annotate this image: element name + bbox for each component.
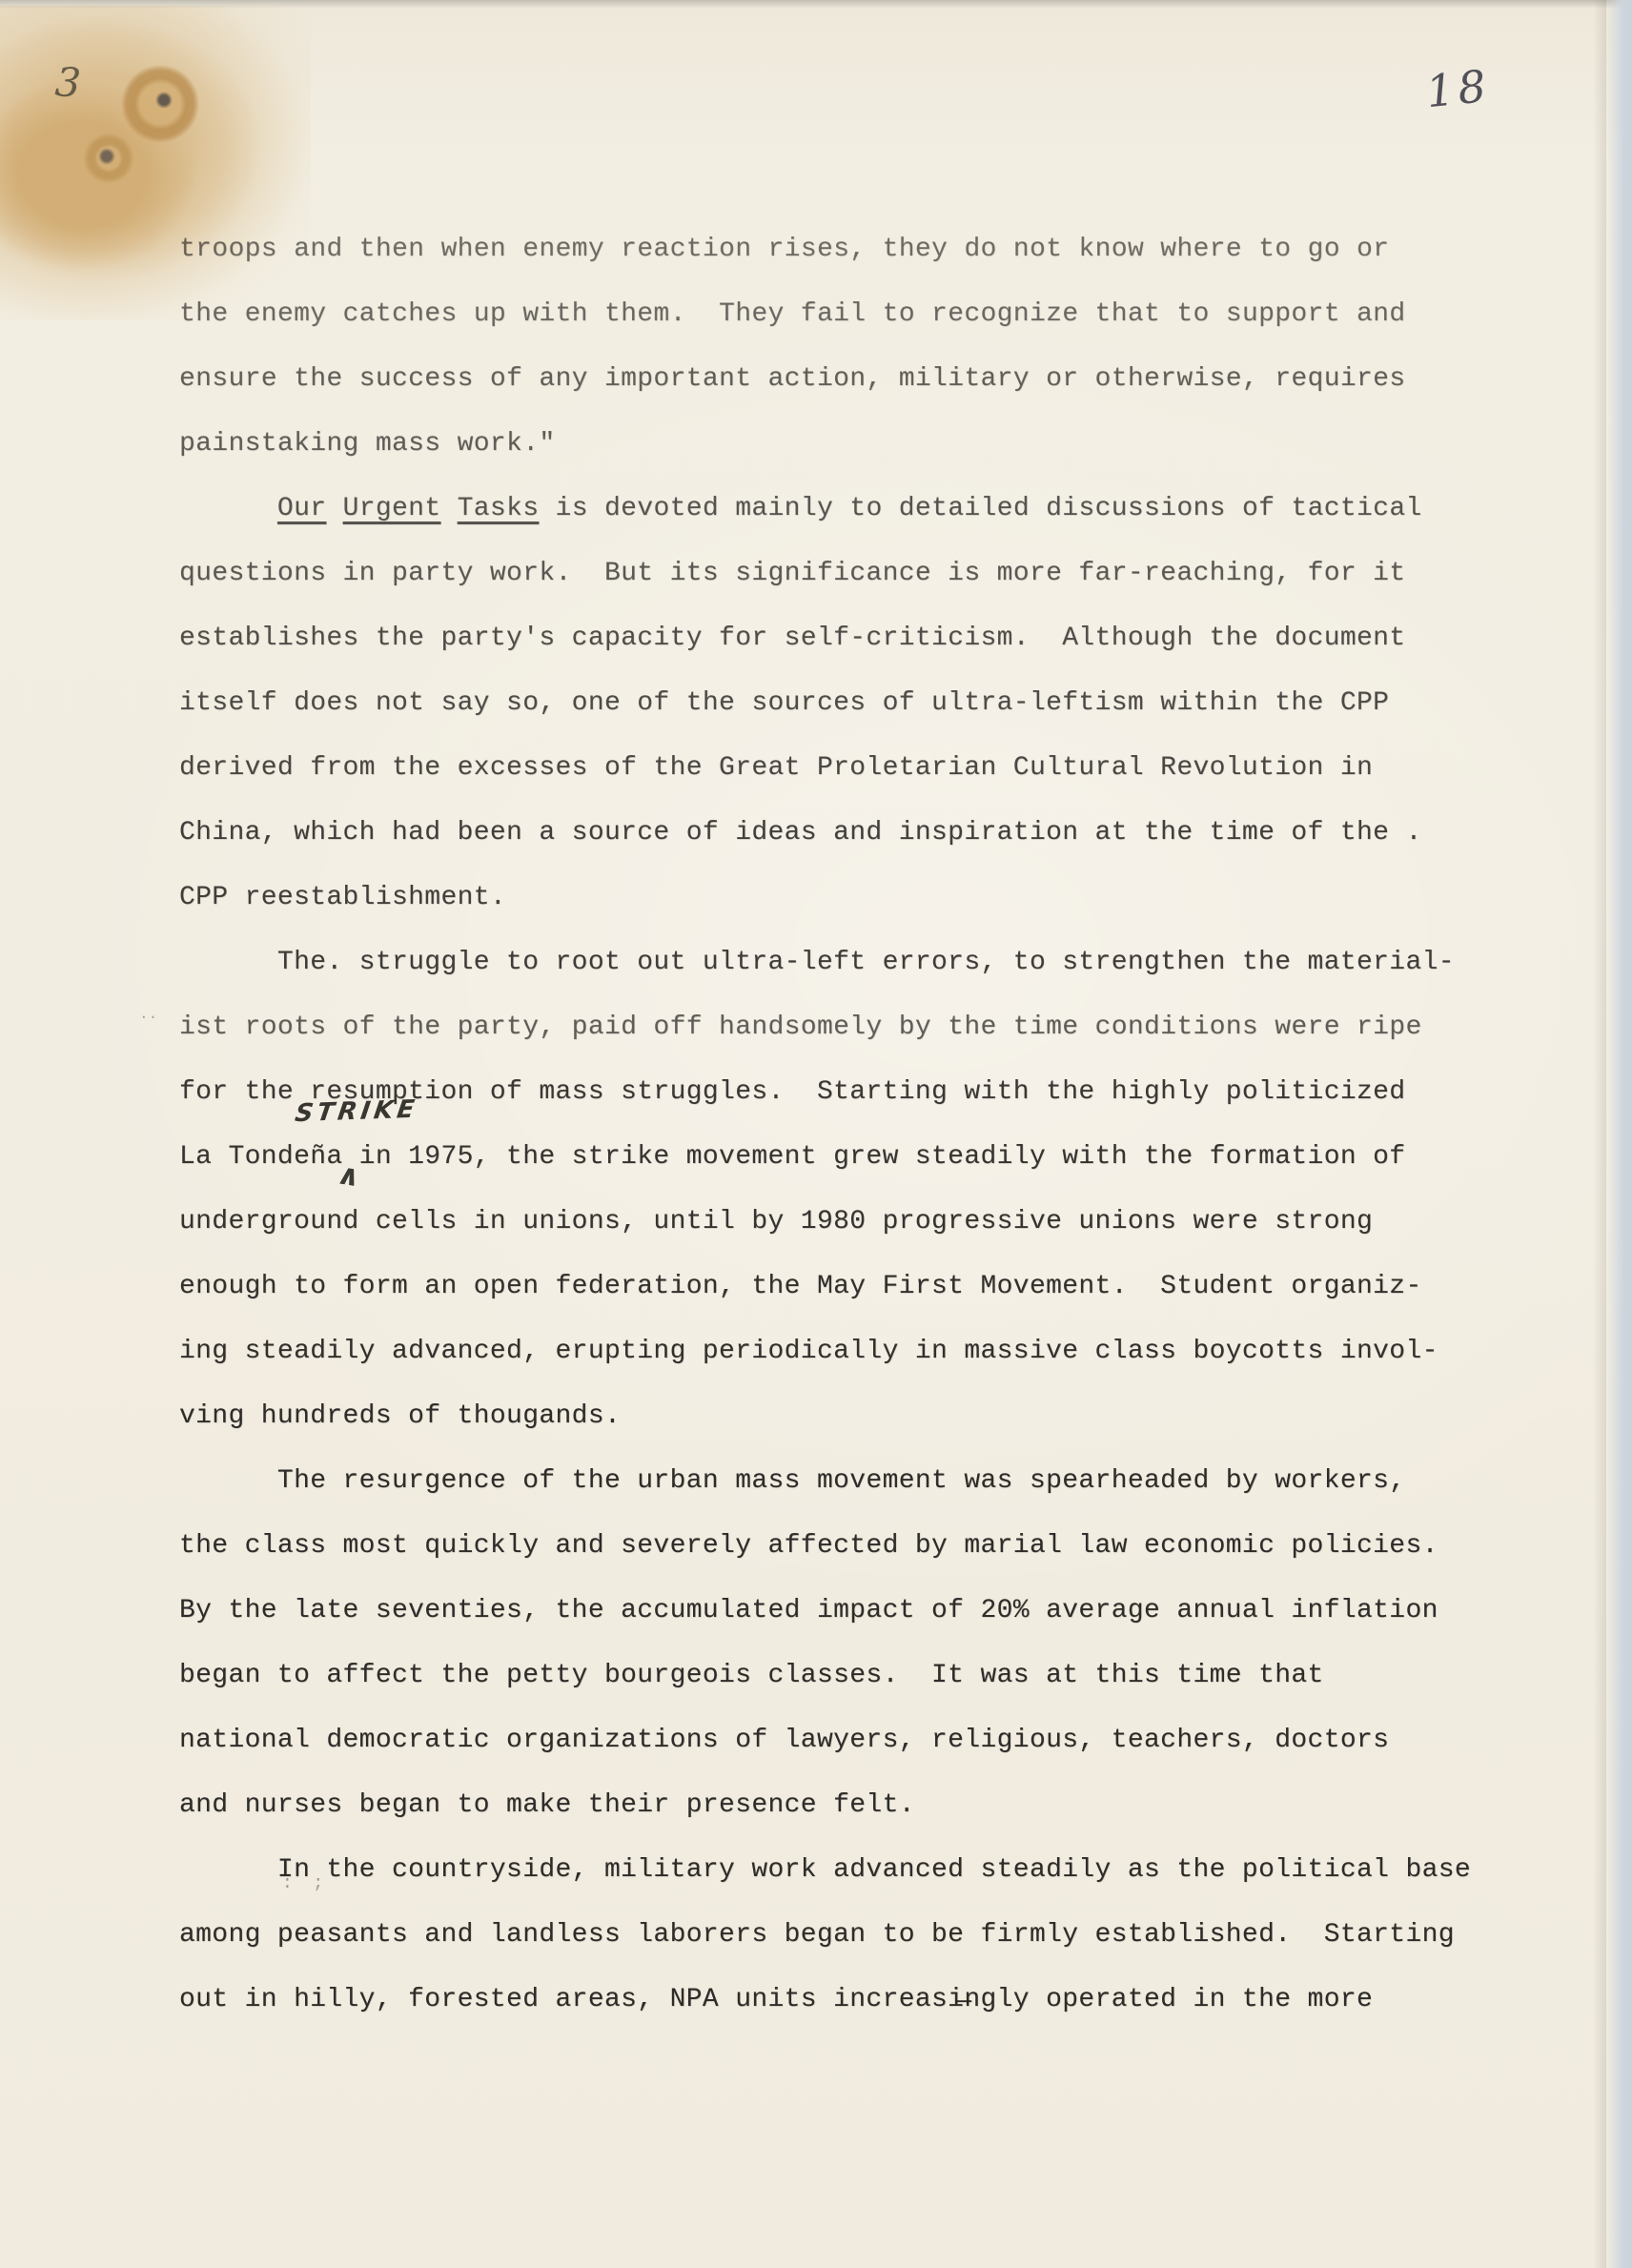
text-line: CPP reestablishment. [179,866,1533,930]
text-line: itself does not say so, one of the sourc… [179,671,1533,736]
text-line: questions in party work. But its signifi… [179,541,1533,606]
text-line: the enemy catches up with them. They fai… [179,282,1533,347]
scan-artifact-mark: ·· [139,1009,157,1026]
text-line: underground cells in unions, until by 19… [179,1190,1533,1255]
handwritten-corner-number: 3 [53,58,82,107]
text-line: ving hundreds of thougands. [179,1384,1533,1449]
text-line: derived from the excesses of the Great P… [179,736,1533,801]
text-line: The. struggle to root out ultra-left err… [179,930,1533,995]
text-line: ist roots of the party, paid off handsom… [179,995,1533,1060]
text-line: Our Urgent Tasks is devoted mainly to de… [179,477,1533,541]
text-line: enough to form an open federation, the M… [179,1255,1533,1319]
text-line: China, which had been a source of ideas … [179,801,1533,866]
line-text: is devoted mainly to detailed discussion… [539,494,1421,523]
line-indent [179,494,277,523]
text-line: establishes the party's capacity for sel… [179,606,1533,671]
text-line: In the countryside, military work advanc… [179,1838,1533,1903]
document-lines: troops and then when enemy reaction rise… [179,217,1533,2033]
page-top-edge [0,0,1632,9]
underlined-document-title-word: Our [277,494,326,523]
text-line: The resurgence of the urban mass movemen… [179,1449,1533,1514]
text-line: and nurses began to make their presence … [179,1773,1533,1838]
text-line: among peasants and landless laborers beg… [179,1903,1533,1968]
page-right-shadow [1593,0,1606,2268]
text-line: ing steadily advanced, erupting periodic… [179,1319,1533,1384]
text-line: By the late seventies, the accumulated i… [179,1579,1533,1644]
page-sheet: 3 18 troops and then when enemy reaction… [0,0,1632,2268]
scan-artifact-mark: : ; [282,1874,323,1893]
text-line: the class most quickly and severely affe… [179,1514,1533,1579]
text-line: painstaking mass work." [179,412,1533,477]
scanner-edge-strip [1606,0,1632,2268]
text-line: troops and then when enemy reaction rise… [179,217,1533,282]
text-line: La Tondeña in 1975, the strike movement … [179,1125,1533,1190]
handwritten-page-number: 18 [1423,60,1492,118]
underlined-document-title-word: Tasks [458,494,540,523]
text-line: began to affect the petty bourgeois clas… [179,1644,1533,1708]
text-line: ensure the success of any important acti… [179,347,1533,412]
handwritten-strike-annotation: STRIKE [293,1093,420,1130]
underlined-document-title-word: Urgent [343,494,441,523]
text-line: out in hilly, forested areas, NPA units … [179,1968,1533,2033]
text-line: national democratic organizations of law… [179,1708,1533,1773]
